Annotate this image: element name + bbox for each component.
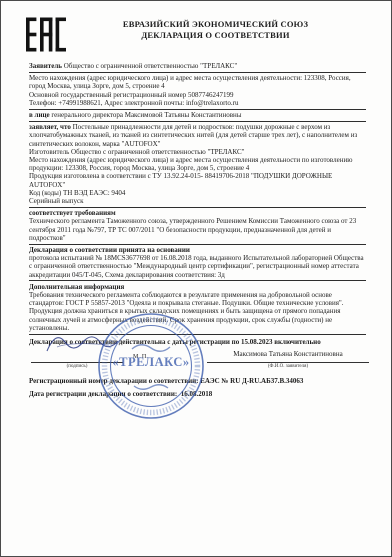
seal-place-label: М.П. xyxy=(133,353,150,361)
divider xyxy=(29,72,366,73)
manufacturer-row: Изготовитель Общество с ограниченной отв… xyxy=(29,148,366,156)
divider xyxy=(29,207,366,208)
reg-number-line: Регистрационный номер декларации о соотв… xyxy=(29,377,366,386)
divider xyxy=(29,280,366,281)
applicant-label: Заявитель xyxy=(29,62,62,70)
signature-caption: (подпись) xyxy=(31,363,123,371)
reg-date-label: Дата регистрации декларации о соответств… xyxy=(29,390,177,398)
declarant-name: Максимова Татьяна Константиновна xyxy=(207,350,369,358)
person-label: в лице xyxy=(29,111,50,119)
declares-value: Постельные принадлежности для детей и по… xyxy=(29,123,357,147)
declaration-document: ЕВРАЗИЙСКИЙ ЭКОНОМИЧЕСКИЙ СОЮЗ ДЕКЛАРАЦИ… xyxy=(0,0,392,557)
conformity-body: Технического регламента Таможенного союз… xyxy=(29,217,366,242)
applicant-ogrn: Основной государственный регистрационный… xyxy=(29,91,366,99)
doc-header: ЕВРАЗИЙСКИЙ ЭКОНОМИЧЕСКИЙ СОЮЗ ДЕКЛАРАЦИ… xyxy=(1,1,391,56)
divider xyxy=(29,121,366,122)
applicant-contacts: Телефон: +74991988621, Адрес электронной… xyxy=(29,99,366,107)
doc-body: Заявитель Общество с ограниченной ответс… xyxy=(1,56,391,399)
declares-label: заявляет, что xyxy=(29,123,71,131)
basis-heading: Декларация о соответствии принята на осн… xyxy=(29,246,366,254)
serial-row: Серийный выпуск xyxy=(29,197,366,205)
doc-title-line2: ДЕКЛАРАЦИЯ О СООТВЕТСТВИИ xyxy=(66,30,365,41)
applicant-value: Общество с ограниченной ответственностью… xyxy=(64,62,237,70)
doc-title-line1: ЕВРАЗИЙСКИЙ ЭКОНОМИЧЕСКИЙ СОЮЗ xyxy=(66,19,365,30)
conformity-heading: соответствует требованиям xyxy=(29,209,366,217)
signature-scribble-icon xyxy=(43,331,121,357)
divider xyxy=(29,244,366,245)
declarant-name-caption: (Ф.И.О. заявителя) xyxy=(207,363,369,371)
signature-area: Декларация о соответствии действительна … xyxy=(29,338,366,399)
additional-body: Требования технического регламента соблю… xyxy=(29,291,366,332)
reg-number-label: Регистрационный номер декларации о соотв… xyxy=(29,377,199,385)
applicant-row: Заявитель Общество с ограниченной ответс… xyxy=(29,62,366,70)
doc-title: ЕВРАЗИЙСКИЙ ЭКОНОМИЧЕСКИЙ СОЮЗ ДЕКЛАРАЦИ… xyxy=(66,16,365,41)
tu-row: Продукция изготовлена в соответствии с Т… xyxy=(29,172,366,188)
reg-date-value: 16.08.2018 xyxy=(181,390,213,398)
declares-row: заявляет, что Постельные принадлежности … xyxy=(29,123,366,148)
person-row: в лице генерального директора Максимовой… xyxy=(29,111,366,119)
additional-heading: Дополнительная информация xyxy=(29,283,366,291)
tnved-row: Код (коды) ТН ВЭД ЕАЭС: 9404 xyxy=(29,189,366,197)
person-value: генерального директора Максимовой Татьян… xyxy=(51,111,241,119)
applicant-address: Место нахождения (адрес юридического лиц… xyxy=(29,74,366,90)
eac-logo-icon xyxy=(26,17,66,52)
reg-number-value: ЕАЭС № RU Д-RU.АБ37.В.34063 xyxy=(200,377,303,385)
divider xyxy=(29,109,366,110)
reg-date-line: Дата регистрации декларации о соответств… xyxy=(29,390,366,399)
manufacturer-address: Место нахождения (адрес юридического лиц… xyxy=(29,156,366,172)
basis-body: протокола испытаний № 18MCS3677698 от 16… xyxy=(29,254,366,279)
